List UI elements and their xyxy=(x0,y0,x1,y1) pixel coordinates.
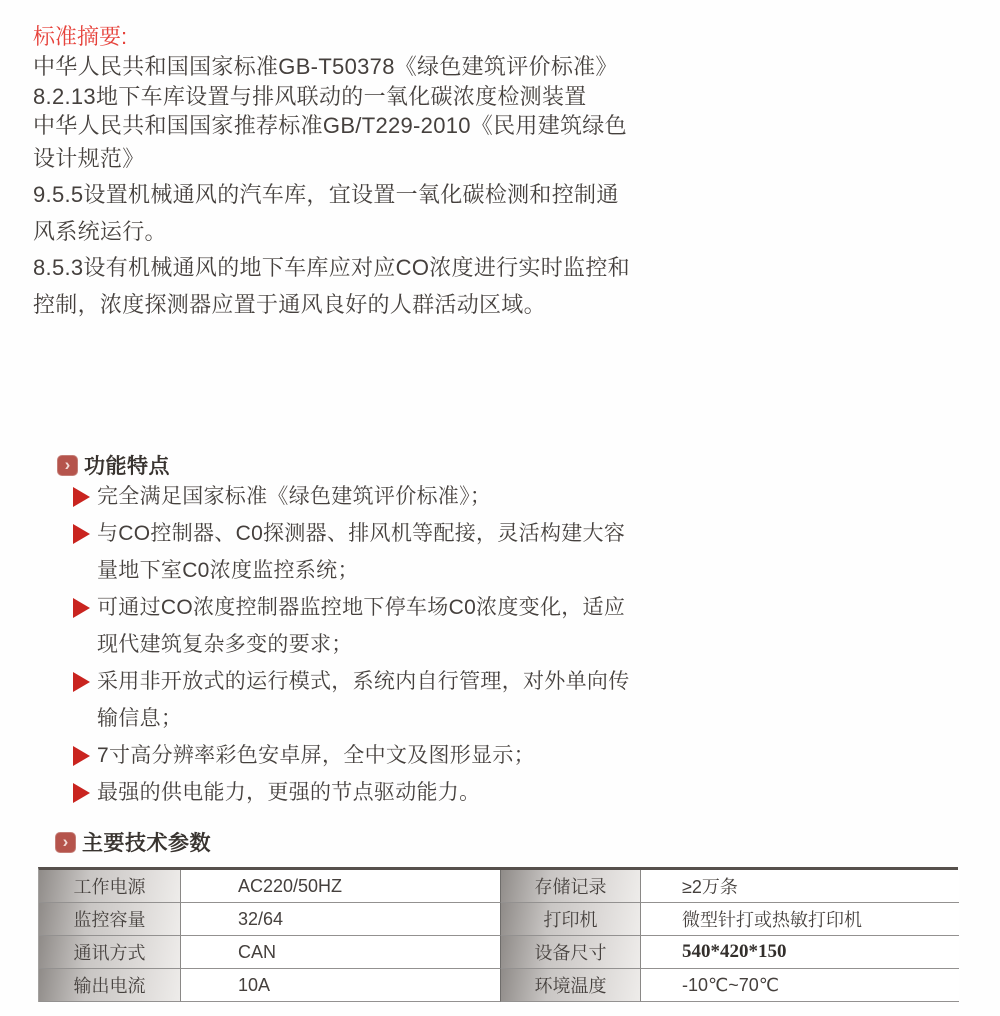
feature-text: 现代建筑复杂多变的要求； xyxy=(97,626,637,663)
specs-section-title: 主要技术参数 xyxy=(82,827,211,857)
feature-text: 完全满足国家标准《绿色建筑评价标准》； xyxy=(97,478,637,515)
spec-value: CAN xyxy=(181,936,501,969)
standard-summary-line: 9.5.5设置机械通风的汽车库，宜设置一氧化碳检测和控制通 xyxy=(33,177,643,214)
list-item: 采用非开放式的运行模式，系统内自行管理，对外单向传 输信息； xyxy=(57,663,637,737)
feature-text: 7寸高分辨率彩色安卓屏，全中文及图形显示； xyxy=(97,737,637,774)
specs-section-header: › 主要技术参数 xyxy=(55,827,211,857)
feature-text: 最强的供电能力，更强的节点驱动能力。 xyxy=(97,774,637,811)
spec-label: 监控容量 xyxy=(39,903,181,936)
spec-value: -10℃~70℃ xyxy=(641,969,959,1002)
features-section-title: 功能特点 xyxy=(84,450,170,480)
list-item: 7寸高分辨率彩色安卓屏，全中文及图形显示； xyxy=(57,737,637,774)
spec-label: 输出电流 xyxy=(39,969,181,1002)
section-chevron-icon: › xyxy=(57,455,78,476)
bullet-triangle-icon xyxy=(73,672,90,692)
features-list: 完全满足国家标准《绿色建筑评价标准》； 与CO控制器、C0探测器、排风机等配接，… xyxy=(57,478,637,811)
spec-label: 设备尺寸 xyxy=(501,936,641,969)
standard-summary-line: 控制，浓度探测器应置于通风良好的人群活动区域。 xyxy=(33,287,643,324)
spec-label: 打印机 xyxy=(501,903,641,936)
spec-value: 32/64 xyxy=(181,903,501,936)
bullet-triangle-icon xyxy=(73,598,90,618)
spec-value: AC220/50HZ xyxy=(181,870,501,903)
bullet-triangle-icon xyxy=(73,524,90,544)
standard-summary-line: 风系统运行。 xyxy=(33,214,643,251)
spec-value: 540*420*150 xyxy=(641,936,959,969)
standard-summary-line: 8.2.13地下车库设置与排风联动的一氧化碳浓度检测装置 xyxy=(33,82,643,112)
list-item: 与CO控制器、C0探测器、排风机等配接，灵活构建大容 量地下室C0浓度监控系统； xyxy=(57,515,637,589)
spec-table: 工作电源 AC220/50HZ 存储记录 ≥2万条 监控容量 32/64 打印机… xyxy=(38,867,958,1002)
list-item: 最强的供电能力，更强的节点驱动能力。 xyxy=(57,774,637,811)
section-chevron-icon: › xyxy=(55,832,76,853)
features-section-header: › 功能特点 xyxy=(57,450,170,480)
list-item: 可通过CO浓度控制器监控地下停车场C0浓度变化，适应 现代建筑复杂多变的要求； xyxy=(57,589,637,663)
spec-value: 微型针打或热敏打印机 xyxy=(641,903,959,936)
feature-text: 采用非开放式的运行模式，系统内自行管理，对外单向传 xyxy=(97,663,637,700)
spec-value: ≥2万条 xyxy=(641,870,959,903)
datasheet-page: 标准摘要: 中华人民共和国国家标准GB-T50378《绿色建筑评价标准》 8.2… xyxy=(0,0,1000,1016)
feature-text: 输信息； xyxy=(97,700,637,737)
standard-summary-section: 标准摘要: 中华人民共和国国家标准GB-T50378《绿色建筑评价标准》 8.2… xyxy=(33,22,643,323)
feature-text: 量地下室C0浓度监控系统； xyxy=(97,552,637,589)
list-item: 完全满足国家标准《绿色建筑评价标准》； xyxy=(57,478,637,515)
standard-summary-line: 中华人民共和国国家标准GB-T50378《绿色建筑评价标准》 xyxy=(33,52,643,82)
bullet-triangle-icon xyxy=(73,783,90,803)
spec-label: 工作电源 xyxy=(39,870,181,903)
spec-label: 存储记录 xyxy=(501,870,641,903)
standard-summary-line: 设计规范》 xyxy=(33,141,643,178)
spec-label: 通讯方式 xyxy=(39,936,181,969)
standard-summary-title: 标准摘要: xyxy=(33,22,643,52)
bullet-triangle-icon xyxy=(73,746,90,766)
feature-text: 可通过CO浓度控制器监控地下停车场C0浓度变化，适应 xyxy=(97,589,637,626)
standard-summary-line: 8.5.3设有机械通风的地下车库应对应CO浓度进行实时监控和 xyxy=(33,250,643,287)
feature-text: 与CO控制器、C0探测器、排风机等配接，灵活构建大容 xyxy=(97,515,637,552)
bullet-triangle-icon xyxy=(73,487,90,507)
spec-label: 环境温度 xyxy=(501,969,641,1002)
standard-summary-line: 中华人民共和国国家推荐标准GB/T229-2010《民用建筑绿色 xyxy=(33,111,643,141)
spec-value: 10A xyxy=(181,969,501,1002)
